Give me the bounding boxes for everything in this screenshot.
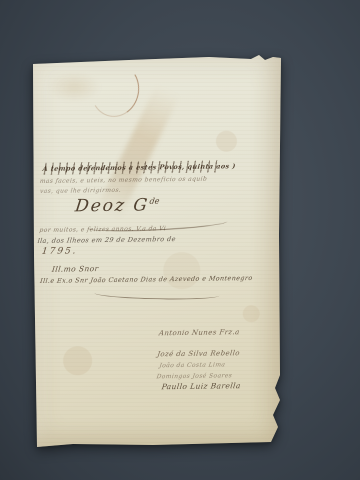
- paper-shadow-wrap: A tempo defendemos a estes Povos, quinta…: [33, 55, 281, 447]
- paragraph-line-3: vas, que lhe dirigirmos.: [39, 187, 121, 195]
- paragraph-line-2: mas faceis, e uteis, no mesmo beneficio …: [39, 176, 207, 185]
- photo-background: A tempo defendemos a estes Povos, quinta…: [0, 0, 360, 480]
- closing-text: Deoz G: [74, 195, 150, 216]
- address-line-2: Ill.e Ex.o Snr João Caetano Dias de Azev…: [40, 274, 253, 285]
- signature-5: Paullo Luiz Barella: [161, 381, 241, 391]
- date-line-1: por muitos, e felizes annos. V.a da Vi: [39, 225, 166, 234]
- signature-2: Jozé da Silva Rebello: [157, 349, 241, 358]
- signature-4: Domingos José Soares: [156, 372, 233, 380]
- manuscript-page: A tempo defendemos a estes Povos, quinta…: [33, 55, 281, 447]
- closing-superscript: de: [149, 197, 160, 206]
- handwritten-text-layer: A tempo defendemos a estes Povos, quinta…: [33, 52, 286, 447]
- date-line-2: lla, dos Ilheos em 29 de Dezembro de: [37, 235, 176, 245]
- address-flourish-underline: [94, 288, 219, 301]
- closing-salutation: Deoz Gde: [74, 195, 160, 216]
- address-line-1: Ill.mo Snor: [51, 264, 99, 274]
- cancellation-strokes: [43, 160, 221, 174]
- signature-1: Antonio Nunes Frz.a: [158, 328, 240, 337]
- signature-3: João da Costa Lima: [159, 361, 226, 369]
- year-line: 1795.: [41, 246, 78, 257]
